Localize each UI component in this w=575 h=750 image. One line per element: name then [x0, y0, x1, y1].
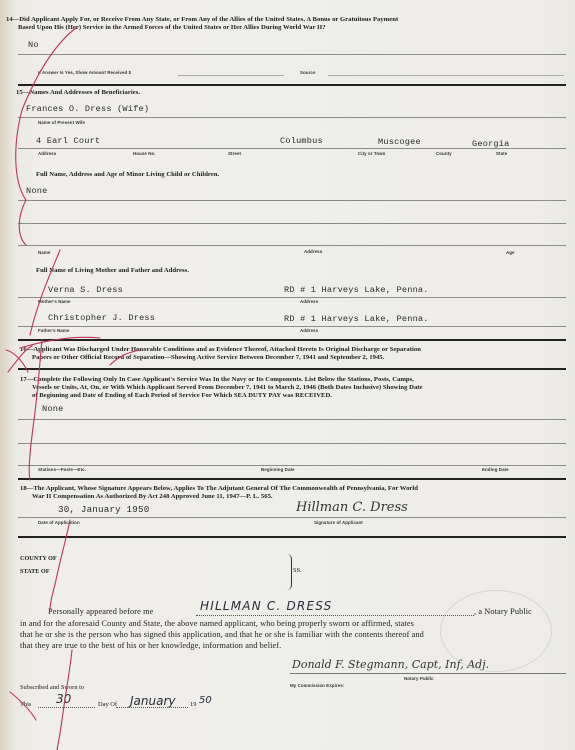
wife-address-county: Muscogee	[378, 137, 421, 147]
source-label: Source	[300, 70, 316, 75]
subscribed-label: Subscribed and Sworn to	[20, 684, 84, 691]
section-divider	[18, 84, 566, 86]
house-no-label: House No.	[133, 151, 156, 156]
children-name-label: Name	[38, 250, 50, 255]
commission-expires-label: My Commission Expires:	[290, 683, 344, 688]
children-line-3	[18, 245, 566, 246]
notary-body-line3: that they are true to the best of his or…	[20, 641, 281, 652]
wife-name-line	[18, 117, 566, 118]
children-age-label: Age	[506, 250, 515, 255]
month-value: January	[130, 694, 176, 708]
children-address-label: Address	[304, 249, 322, 254]
wife-address-street: 4 Earl Court	[36, 136, 100, 146]
address-label: Address	[38, 151, 56, 156]
appeared-name: HILLMAN C. DRESS	[200, 599, 332, 613]
street-label: Street	[228, 151, 241, 156]
children-heading: Full Name, Address and Age of Minor Livi…	[36, 171, 219, 179]
mother-address-label: Address	[300, 299, 318, 304]
state-label: State	[496, 151, 507, 156]
q14-answer-line	[18, 54, 566, 55]
date-signature-line	[18, 517, 566, 518]
question-16-line1: 16—Applicant Was Discharged Under Honora…	[20, 346, 421, 353]
stations-line-2	[18, 443, 566, 444]
wife-name: Frances O. Dress (Wife)	[26, 104, 149, 114]
question-16-line2: Papers or Other Official Record of Separ…	[20, 354, 568, 362]
father-name: Christopher J. Dress	[48, 313, 155, 323]
father-address-label: Address	[300, 328, 318, 333]
section-divider	[18, 536, 566, 538]
notary-signature-line	[290, 673, 566, 674]
stations-line-1	[18, 419, 566, 420]
ss-label: SS.	[293, 567, 302, 574]
ending-date-label: Ending Date	[482, 467, 509, 472]
father-label: Father's Name	[38, 328, 69, 333]
q14-answer: No	[28, 40, 39, 50]
question-14: 14—Did Applicant Apply For, or Receive F…	[6, 16, 566, 32]
application-page: 14—Did Applicant Apply For, or Receive F…	[0, 0, 575, 750]
ss-bracket	[287, 554, 292, 590]
question-18-line2: War II Compensation As Authorized By Act…	[20, 493, 568, 501]
city-label: City or Town	[358, 151, 385, 156]
wife-address-city: Columbus	[280, 136, 323, 146]
month-line	[116, 707, 188, 708]
father-line	[18, 326, 566, 327]
address-line	[18, 148, 566, 149]
mother-label: Mother's Name	[38, 299, 71, 304]
applicant-signature: Hillman C. Dress	[296, 500, 408, 515]
notary-public-label: Notary Public	[404, 676, 434, 681]
appeared-prefix: Personally appeared before me	[48, 607, 153, 618]
father-address: RD # 1 Harveys Lake, Penna.	[284, 314, 429, 324]
question-14-line2: Based Upon His (Her) Service in the Arme…	[6, 24, 566, 32]
year-prefix: 19	[190, 701, 196, 708]
question-18: 18—The Applicant, Whose Signature Appear…	[20, 485, 568, 501]
section-divider	[18, 478, 566, 480]
section-divider	[18, 339, 566, 341]
day-value: 30	[56, 692, 71, 706]
wife-name-label: Name of Present Wife	[38, 120, 85, 125]
county-label: County	[436, 151, 452, 156]
this-label: This	[20, 701, 31, 708]
question-17: 17—Complete the Following Only In Case A…	[20, 376, 568, 400]
question-17-line1: 17—Complete the Following Only In Case A…	[20, 376, 414, 383]
application-date: 30, January 1950	[58, 504, 149, 515]
state-of-label: STATE OF	[20, 568, 50, 575]
question-15-heading: 15—Names And Addresses of Beneficiaries.	[16, 89, 140, 97]
source-field[interactable]	[328, 75, 564, 76]
mother-line	[18, 297, 566, 298]
appeared-name-line	[196, 615, 474, 616]
question-18-line1: 18—The Applicant, Whose Signature Appear…	[20, 485, 418, 492]
beginning-date-label: Beginning Date	[261, 467, 295, 472]
amount-received-field[interactable]	[178, 75, 284, 76]
parents-heading: Full Name of Living Mother and Father an…	[36, 267, 189, 275]
stations-label: Stations—Posts—Etc.	[38, 467, 86, 472]
day-of-label: Day Of	[98, 701, 117, 708]
mother-address: RD # 1 Harveys Lake, Penna.	[284, 285, 429, 295]
date-of-application-label: Date of Application	[38, 520, 80, 525]
signature-of-applicant-label: Signature of Applicant	[314, 520, 363, 525]
amount-received-label: If Answer Is Yes, Show Amount Received $	[38, 70, 131, 75]
children-line-1	[18, 200, 566, 201]
q17-answer: None	[42, 404, 63, 414]
question-14-line1: 14—Did Applicant Apply For, or Receive F…	[6, 16, 398, 23]
notary-seal	[440, 590, 552, 672]
question-17-line2: Vessels or Units, At, On, or With Which …	[20, 384, 568, 392]
section-divider	[18, 368, 566, 370]
year-suffix: 50	[199, 695, 212, 706]
children-answer: None	[26, 186, 47, 196]
day-line	[38, 707, 95, 708]
stations-line-3	[18, 465, 566, 466]
mother-name: Verna S. Dress	[48, 285, 123, 295]
county-label: COUNTY OF	[20, 555, 57, 562]
question-17-line3: of Beginning and Date of Ending of Each …	[20, 392, 568, 400]
children-line-2	[18, 223, 566, 224]
question-16: 16—Applicant Was Discharged Under Honora…	[20, 346, 568, 362]
